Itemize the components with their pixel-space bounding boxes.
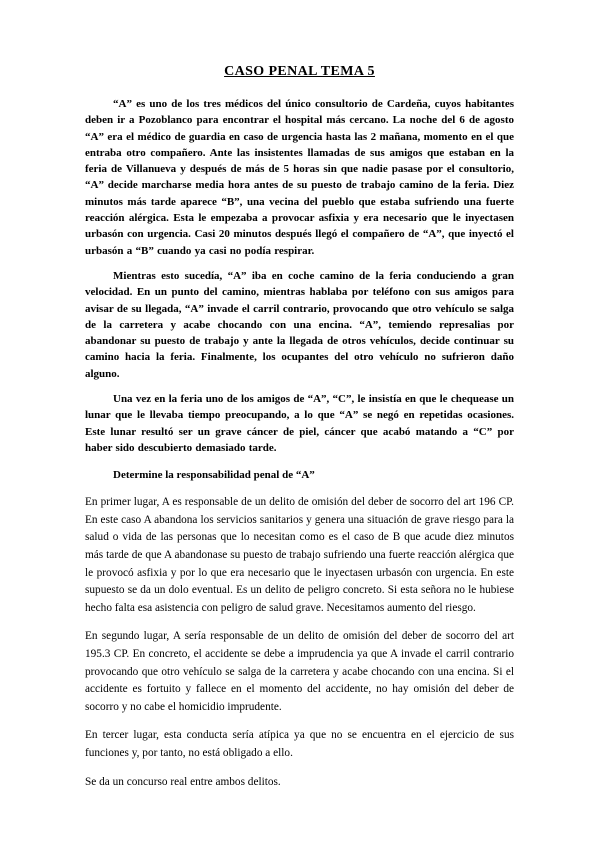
- case-paragraph-2: Mientras esto sucedía, “A” iba en coche …: [85, 268, 514, 382]
- analysis-paragraph-4: Se da un concurso real entre ambos delit…: [85, 774, 514, 792]
- case-paragraph-3: Una vez en la feria uno de los amigos de…: [85, 391, 514, 456]
- analysis-paragraph-1: En primer lugar, A es responsable de un …: [85, 494, 514, 617]
- question-heading: Determine la responsabilidad penal de “A…: [85, 467, 514, 483]
- analysis-paragraph-3: En tercer lugar, esta conducta sería atí…: [85, 727, 514, 762]
- document-page: CASO PENAL TEMA 5 “A” es uno de los tres…: [0, 0, 599, 848]
- case-paragraph-1: “A” es uno de los tres médicos del único…: [85, 96, 514, 259]
- document-title: CASO PENAL TEMA 5: [85, 64, 514, 80]
- analysis-paragraph-2: En segundo lugar, A sería responsable de…: [85, 628, 514, 716]
